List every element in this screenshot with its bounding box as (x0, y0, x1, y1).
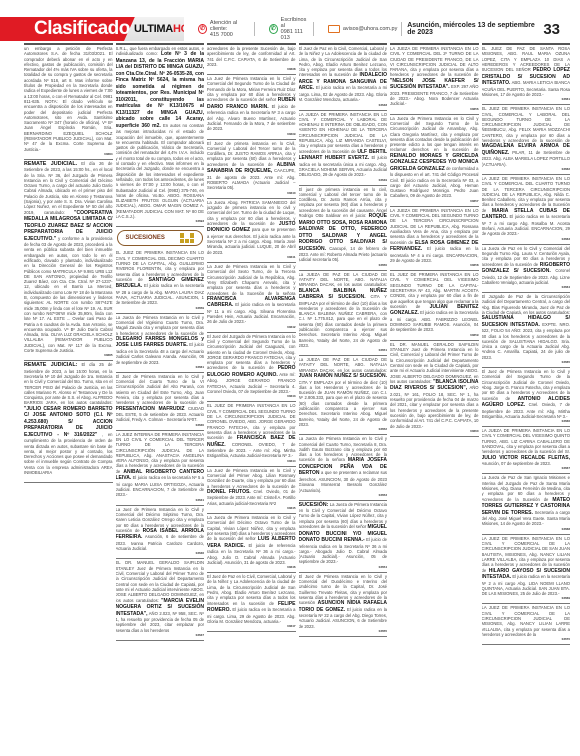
ad-code: 03663 (482, 237, 571, 241)
ad-code: 03655 (299, 629, 388, 633)
classified-ad: El Juez de Primera Instancia en lo Civil… (116, 373, 205, 431)
banner-label: SUCESIONES (126, 236, 165, 241)
ad-text: EL DR. MANUEL GERALDO SAIFILDIN STANLEY … (116, 560, 205, 602)
ad-code: 03667 (482, 466, 571, 470)
classified-ad: SUCESIÓN: La Jueza de Primera Instancia … (299, 501, 388, 573)
classified-ad: La Jueza de Paz de San Ignacio Misiones … (482, 474, 571, 534)
ad-text: El Juez de Primera Instancia en lo Civil… (116, 374, 205, 405)
classified-ad: La Jueza de Primera Instancia en lo Civi… (390, 115, 479, 207)
classified-ad: La Jueza Abog. PATRICIA SAMANIEGO del ju… (207, 199, 296, 263)
ad-text-continued: EXPTE. NRO. 522, FOLIO 54 AÑO: 2023, cit… (482, 322, 571, 360)
classified-ad: La JUEZA DE PAZ DE LA CIUDAD DE YATAITY … (299, 356, 388, 435)
column-4: El Juez de Paz en lo Civil, Comercial, L… (299, 43, 388, 753)
ad-code: 03656 (390, 107, 479, 111)
ad-text: La Jueza de Primera Instancia en lo Civi… (390, 116, 479, 153)
ad-lead: REMATE JUDICIAL. (24, 161, 77, 167)
ad-code: 03642 (207, 325, 296, 329)
classified-ad: El Juez de Primera Instancia en lo Civil… (299, 573, 388, 637)
ad-code: 03637 (116, 633, 205, 637)
ad-code: 03659 (390, 333, 479, 337)
ad-text: LA JUEZA DE PRIMERA INSTANCIA EN LO CIVI… (482, 428, 571, 454)
ad-code: 03636 (116, 551, 205, 555)
ad-text: EL JUEZ DE PRIMERA INSTANCIA EN LO CIVIL… (482, 106, 571, 143)
family-tree-icon (180, 233, 194, 243)
divider (254, 22, 255, 36)
ad-text-continued: , en cumplimiento de la providencia de o… (24, 432, 113, 475)
ad-name: Lote Nº 3 de la Manzana 13, de la Fracci… (116, 51, 205, 129)
whatsapp-icon: ✆ (269, 24, 278, 34)
classified-ad: S.R.L., que fuera embargado en estos aut… (116, 45, 205, 227)
ad-text: La Juez de Primera Instancia en lo Civil… (207, 468, 296, 489)
ad-code: 03630 (116, 423, 205, 427)
ad-text: La Juez de Primera Instancia en lo Civil… (207, 264, 296, 295)
ad-code (24, 475, 113, 479)
ad-code: 03662 (482, 167, 571, 171)
ad-text: EL DR. MANUEL GERALDO SAIFILDIN STANLEY … (390, 342, 479, 384)
classified-ad: LA JUEZA DE PRIMERA INSTANCIA EN LO CIVI… (390, 207, 479, 271)
ad-code: 03664 (482, 285, 571, 289)
ad-code: 03644 (207, 459, 296, 463)
publication-date: Asunción, miércoles 13 de septiembre de … (407, 22, 543, 36)
ad-code: 03668 (482, 527, 571, 531)
ad-code: 03639 (207, 132, 296, 136)
page-header: Clasificados ULTIMAHORA ✆ Atención al cl… (0, 17, 580, 41)
ad-code: 03684 (24, 152, 113, 156)
section-title: Clasificados (0, 17, 138, 41)
ad-name: DIONEL FRUTOS. (207, 489, 251, 495)
classified-ad: La Jueza de Paz en lo Civil y Comercial … (482, 245, 571, 293)
ad-code: 03657 (390, 199, 479, 203)
classified-ad: LA JUEZA DE PRIMERA INSTANCIA EN LO CIVI… (390, 45, 479, 115)
ad-code: 03649 (299, 178, 388, 182)
ad-name: JUAN RAMÓN NUÑEZ S/ SUCESIÓN. (299, 373, 388, 379)
ad-code: 03653 (299, 493, 388, 497)
column-6: EL JUEZ DE PAZ DE SANTA ROSA MISIONES, A… (482, 43, 571, 753)
ad-code: 03693 (116, 219, 205, 223)
classified-ad: EL JUEZ DE PRIMERA INSTANCIA EN LO CIVIL… (482, 105, 571, 175)
ad-text: El Juzgado de Paz de la Circunscripción … (482, 294, 571, 315)
phone-icon: ✆ (198, 24, 207, 34)
classifieds-columns: un embargo a petición de Perfecta Automo… (24, 43, 570, 753)
ad-text: La JUEZA DE PAZ DE LA CIUDAD DE YATAITY … (299, 357, 388, 373)
column-1: un embargo a petición de Perfecta Automo… (24, 43, 113, 753)
ad-text-continued: Asunción, 07 de septiembre de 2023. (482, 461, 551, 466)
classified-ad: EL JUEZ DE PRIMERA INSTANCIA EN LO CIVIL… (116, 249, 205, 313)
ad-code: 03648 (299, 103, 388, 107)
ad-text: LA JUEZA DE PRIMERA INSTANCIA EN LO CIVI… (390, 46, 479, 77)
classified-ad: El Juez de Paz en lo Civil, Comercial, L… (207, 573, 296, 632)
ad-code: 03654 (299, 565, 388, 569)
classified-ad: LA JUEZ INTERINA DE PRIMERA INSTANCIA EN… (116, 431, 205, 506)
ad-code: 03670 (482, 637, 571, 641)
contact-phone: ✆ Atención al cliente:415 7000 (198, 20, 250, 38)
classified-ad: LA JUEZA DE PRIMERA INSTANCIA EN LO CIVI… (482, 427, 571, 474)
divider (313, 22, 314, 36)
classified-ad: La Jueza de Primera Instancia en lo Civi… (207, 514, 296, 573)
ad-name: PRESENTACION MAFRUDIZ (116, 406, 185, 412)
ad-text: El día 26 de Setiembre de 2023, a las 15… (24, 161, 113, 215)
classified-ad: La Juez de Primera Instancia en lo Civil… (116, 506, 205, 560)
ad-code: 03661 (116, 365, 205, 369)
ad-text: acreedores de la presente Sucesión de, b… (207, 46, 296, 67)
contact-whatsapp: ✆ Escríbinos al0981 111 013 (269, 17, 309, 41)
classified-ad: EL JUEZ DE PRIMERA INSTANCIA EN LO CIVIL… (207, 402, 296, 466)
ad-code: 03652 (299, 427, 388, 431)
ad-name: "JULIO CESAR ROMERO BARRETO C/ JOSE ANTO… (24, 406, 113, 438)
classified-ad: EL DR. MANUEL GERALDO SAIFILDIN STANLEY … (390, 341, 479, 437)
classified-ad: El Juez de primera instancia en lo Civil… (207, 140, 296, 199)
classified-ad: La Juez de Primera Instancia en lo Civil… (207, 75, 296, 139)
classified-ad: La Jueza de Primera Instancia en lo Civi… (116, 314, 205, 373)
ad-text-continued: CITA Y EMPLAZA por el término de diez (1… (299, 294, 388, 348)
ad-name: JULIO VICTOR RECALDE FLEITAS, (482, 455, 571, 461)
ad-text-continued: CITA Y EMPLAZA por el término de diez (1… (299, 380, 388, 427)
ad-text: un embargo a petición de Perfecta Automo… (24, 46, 113, 152)
ad-code: 03638 (207, 67, 296, 71)
ad-code: 03658 (390, 263, 479, 267)
column-3: acreedores de la presente Sucesión de, b… (207, 43, 296, 753)
ad-text: LA JUEZ DE PRIMERA INSTANCIA EN LO CIVIL… (482, 605, 571, 636)
ad-text: La JUEZA DE PAZ DE LA CIUDAD DE YATAITY … (299, 272, 388, 288)
classified-ad: La Juez de Primera Instancia en lo Civil… (207, 263, 296, 333)
ad-lead: SUCESIÓN: (299, 502, 329, 508)
contact-email: avisos@uhora.com.py (328, 25, 398, 33)
classified-ad: El Juez de Paz en lo Civil, Comercial, L… (299, 45, 388, 111)
classified-ad: El Juzgado de Paz de la Circunscripción … (482, 293, 571, 368)
classified-ad: El juez de primera instancia en lo civil… (299, 186, 388, 271)
ad-text-continued: AÑO 2.021, Nº 161, FOLIO 18, SEC. Nº 1, … (390, 385, 479, 428)
ad-code: 03685 (24, 353, 113, 357)
classified-ad: El Juez de Primera Instancia en lo Civil… (482, 368, 571, 427)
section-banner-sucesiones: SUCESIONES (117, 230, 204, 246)
classified-ad: un embargo a petición de Perfecta Automo… (24, 45, 113, 160)
ad-code: 03646 (207, 565, 296, 569)
ad-code: 03647 (207, 624, 296, 628)
classified-ad: LA JUEZ DE PRIMERA INSTANCIA EN LO CIVIL… (482, 604, 571, 645)
ad-code: 03661 (482, 97, 571, 101)
classified-ad: EL DR. MANUEL GERALDO SAIFILDIN STANLEY … (116, 559, 205, 640)
column-2: S.R.L., que fuera embargado en estos aut… (116, 43, 205, 753)
ad-code: 03643 (207, 394, 296, 398)
envelope-icon (328, 25, 340, 33)
column-5: LA JUEZA DE PRIMERA INSTANCIA EN LO CIVI… (390, 43, 479, 753)
ad-code: 03631 (116, 498, 205, 502)
classified-ad: La Juez de Primera Instancia en lo Civil… (207, 467, 296, 514)
ad-code: 03665 (482, 360, 571, 364)
ad-text: El día 25 de Setiembre de 2023, a las 15… (24, 362, 113, 405)
classified-ad: REMATE JUDICIAL. El día 26 de Setiembre … (24, 160, 113, 361)
classified-ad: LA JUEZA DE PRIMERA INSTANCIA EN LO CIVI… (299, 111, 388, 186)
classified-ad: La JUEZA DE PAZ DE LA CIUDAD DE YATAITY … (299, 271, 388, 357)
ad-code: 03640 (207, 191, 296, 195)
ad-lead: REMATE JUDICIAL: (24, 362, 77, 368)
classified-ad: LA JUEZ DE PRIMERA INSTANCIA EN LO CIVIL… (482, 175, 571, 245)
ad-text-continued: y conforme a la providencia de fecha 03 … (24, 236, 113, 353)
classified-ad: EL JUEZ DE PAZ DE SANTA ROSA MISIONES, A… (482, 45, 571, 105)
ad-code: 03650 (299, 263, 388, 267)
classified-ad: acreedores de la presente Sucesión de, b… (207, 45, 296, 75)
classified-ad: LA JUEZ DE PRIMERA INSTANCIA EN LO CIVIL… (482, 535, 571, 605)
ad-text-continued: En autos no constan las mejoras introduc… (116, 123, 205, 219)
ad-code: 03645 (207, 506, 296, 510)
ad-code: 03651 (299, 348, 388, 352)
classified-ad: EL JUEZ DE PRIMERA INSTANCIA EN LO CIVIL… (390, 271, 479, 341)
classified-ad: REMATE JUDICIAL: El día 25 de Setiembre … (24, 361, 113, 483)
ad-code: 03669 (482, 596, 571, 600)
ad-text: LA JUEZ INTERINA DE PRIMERA INSTANCIA EN… (116, 432, 205, 474)
ad-text: LA JUEZA DE PRIMERA INSTANCIA EN LO CIVI… (299, 112, 388, 154)
classified-ad: La Jueza de Primera Instancia en lo Civi… (299, 435, 388, 501)
ad-code: 03641 (207, 255, 296, 259)
ad-code: 03660 (390, 429, 479, 433)
classified-ad: El Juez del Juzgado de Primera Instancia… (207, 333, 296, 403)
ad-text: La Jueza de Primera Instancia en lo Civi… (116, 315, 205, 336)
divider (401, 22, 402, 36)
ad-code: 03659 (116, 306, 205, 310)
ad-code: 03666 (482, 419, 571, 423)
page-number: 33 (543, 21, 560, 38)
